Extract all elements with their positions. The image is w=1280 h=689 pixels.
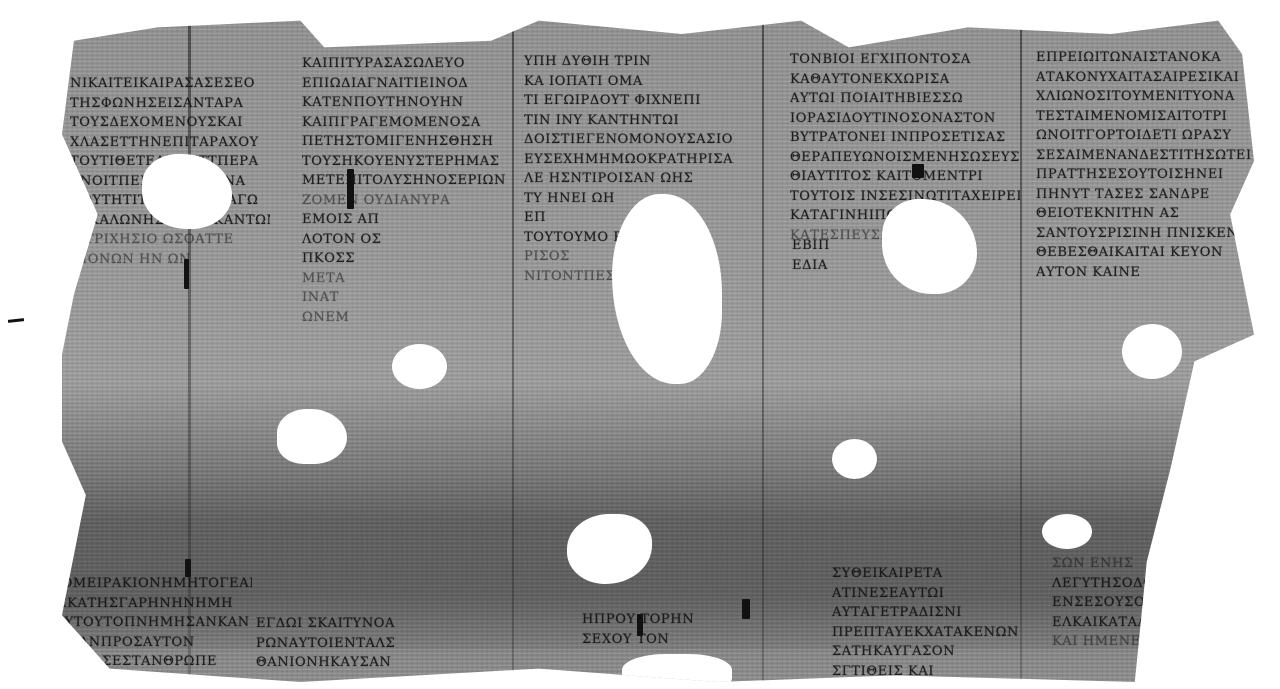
text-line: ΕΝΣΕΣΟΥΣΟΒΙΣΚΕΙΡΑ [1052, 593, 1242, 613]
text-line: ΛΟΤΟΝ ΟΣ [302, 230, 512, 250]
text-line: ΤΟΥΣΗΚΟΥΕΝΥΣΤΕΡΗΜΑΣ [302, 152, 512, 172]
text-line: ΗΠΡΟΥ ΤΟΡΗΝ [582, 610, 742, 630]
text-line: ΘΕΡΑΠΕΥΩΝΟΙΣΜΕΝΗΣΩΣΕΥΣΤΗ [790, 148, 1020, 168]
text-line: ΝΙΟΝΩΝ ΗΝ ΩΝ [70, 250, 270, 270]
text-column-5: ΕΠΡΕΙΩΙΤΩΝΑΙΣΤΑΝΟΚΑ ΑΤΑΚΟΝΥΧΑΙΤΑΣΑΙΡΕΣΙΚ… [1036, 48, 1256, 288]
text-line: ΜΕΤΕΠΙΤΟΛΥΣΗΝΟΣΕΡΙΩΝ [302, 171, 512, 191]
text-line: ΚΑΙΠΙΤΥΡΑΣΑΣΩΛΕΥΟ [302, 54, 512, 74]
vertical-crease [762, 14, 764, 682]
text-line: ΩΝΕΜ [302, 308, 512, 328]
text-line: ΑΝΤΑΙΣΑΝΠΡΟΣΑΥΤΟΝ [22, 633, 252, 653]
stray-fiber-mark [8, 318, 24, 323]
text-line: ΕΞΗΡΤΑΣΑΣΕΣΤΑΝΘΡΩΠΕ [22, 652, 252, 672]
text-line: ΑΤΑΚΟΝΥΧΑΙΤΑΣΑΙΡΕΣΙΚΑΙ [1036, 68, 1256, 88]
text-line: ΝΕΤΟΥΤΟΥΤΟΠΝΗΜΗΣΑΝΚΑΝ [22, 613, 252, 633]
text-column-1-lower: ΤΟΣΤΟΜΕΙΡΑΚΙΟΝΗΜΗΤΟΓΕΑΝ ΜΗΤΕΚΑΤΗΣΓΑΡΗΝΗΝ… [22, 574, 252, 684]
text-line: ΤΕΣΤΑΙΜΕΝΟΜΙΣΑΙΤΟΤΡΙ [1036, 107, 1256, 127]
text-line: ΕΔΙΑ [792, 256, 852, 276]
text-line: ΑΥΤΑΓΕΤΡΑΔΙΣΝΙ [832, 603, 1032, 623]
text-column-2: ΚΑΙΠΙΤΥΡΑΣΑΣΩΛΕΥΟ ΕΠΙΩΔΙΑΓΝΑΙΤΙΕΙΝΟΔ ΚΑΤ… [302, 54, 512, 334]
text-line: ΕΓΔΩΙ ΣΚΑΙΤΥΝΟΑ [256, 614, 476, 634]
papyrus-hole [622, 654, 732, 689]
text-line: ΠΕΤΗΣΤΟΜΙΓΕΝΗΣΘΗΣΗ [302, 132, 512, 152]
text-line: ΤΟΝΒΙΟΙ ΕΓΧΙΠΟΝΤΟΣΑ [790, 50, 1020, 70]
text-line: ΠΚΟΣΣ [302, 249, 512, 269]
text-line: ΑΥΤΩΙ ΠΟΙΑΙΤΗΒΙΕΣΣΩ [790, 89, 1020, 109]
ink-blot [185, 559, 191, 577]
text-line: ΕΒΙΠ [792, 236, 852, 256]
text-line: ΤΙΤΡΙΧΗΣΙΟ ΩΣΟΑΤΤΕ [70, 230, 270, 250]
text-line: ΤΙ ΕΓΩΙΡΔΟΥΤ ΦΙΧΝΕΠΙ [524, 91, 734, 111]
text-line: ΖΟΜΕΝ ΟΥΔΙΑΝΥΡΑ [302, 191, 512, 211]
text-line: ΑΥΤΟΝ ΚΑΙΝΕ [1036, 263, 1256, 283]
text-line: ΚΑΘΑΥΤΟΝΕΚΧΩΡΙΣΑ [790, 70, 1020, 90]
text-line: ΒΥΤΡΑΤΟΝΕΙ ΙΝΠΡΟΣΕΤΙΣΑΣ [790, 128, 1020, 148]
text-line: ΔΟΙΣΤΙΕΓΕΝΟΜΟΝΟΥΣΑΣΙΟΣ [524, 130, 734, 150]
text-line: ΤΟΣΤΟΜΕΙΡΑΚΙΟΝΗΜΗΤΟΓΕΑΝ [22, 574, 252, 594]
text-line: ΣΓΤΙΘΕΙΣ ΚΑΙ [832, 662, 1032, 682]
text-line: ΛΕ ΗΣΝΤΙΡΟΙΣΑΝ ΩΗΣ [524, 169, 734, 189]
text-line: ΠΡΑΤΤΗΣΕΣΟΥΤΟΙΣΗΝΕΙ [1036, 165, 1256, 185]
text-column-2-lower: ΕΓΔΩΙ ΣΚΑΙΤΥΝΟΑ ΡΩΝΑΥΤΟΙΕΝΤΑΛΣ ΘΑΝΙΟΝΗΚΑ… [256, 614, 476, 684]
text-line: ΜΗΤΕΚΑΤΗΣΓΑΡΗΝΗΝΗΜΗ [22, 594, 252, 614]
ink-blot [912, 164, 924, 178]
text-line: ΤΥ ΗΝΕΙ ΩΗ [524, 189, 734, 209]
text-line: ΧΛΑΣΕΤΤΗΝΕΠΙΤΑΡΑΧΟΥ [70, 133, 270, 153]
papyrus-hole [1042, 514, 1092, 549]
text-line: ΤΟΥΣΔΕΧΟΜΕΝΟΥΣΚΑΙ [70, 113, 270, 133]
text-line: ΤΗΣΦΩΝΗΣΕΙΣΑΝΤΑΡΑ [70, 94, 270, 114]
papyrus-hole [1222, 484, 1262, 684]
text-line: ΝΙΚΑΙΤΕΙΚΑΙΡΑΣΑΣΕΣΕΟ [70, 74, 270, 94]
text-line: ΕΥΣΕΧΗΜΗΜΩΟΚΡΑΤΗΡΙΣΑΝ [524, 150, 734, 170]
text-line: ΚΑ ΙΟΠΑΤΙ ΟΜΑ [524, 72, 734, 92]
text-line: ΘΕΒΕΣΘΑΙΚΑΙΤΑΙ ΚΕΥΟΝ [1036, 243, 1256, 263]
text-line: ΣΕΧΟΥ ΤΟΝ [582, 630, 742, 650]
text-line: ΣΑΤΗΚΑΥΓΑΣΟΝ [832, 642, 1032, 662]
text-line: ΥΠΗ ΔΥΘΙΗ ΤΡΙΝ [524, 52, 734, 72]
text-line: ΘΕΙΟΤΕΚΝΙΤΗΝ ΑΣ [1036, 204, 1256, 224]
text-line: ΧΛΙΩΝΟΣΙΤΟΥΜΕΝΙΤΥΟΝΑ [1036, 87, 1256, 107]
ink-blot [637, 614, 643, 636]
text-line: ΣΩΝ ΕΝΗΣ [1052, 554, 1242, 574]
text-line: ΡΩΝΑΥΤΟΙΕΝΤΑΛΣ [256, 634, 476, 654]
text-line: ΣΕΣΑΙΜΕΝΑΝΔΕΣΤΙΤΗΣΩΤΕΙ [1036, 146, 1256, 166]
papyrus-hole [392, 344, 447, 389]
text-line: ΔΗΣΚΑΙΤΟΙΣΟΕΑ [22, 672, 252, 685]
text-line: ΙΟΡΑΣΙΔΟΥΤΙΝΟΣΟΝΑΣΤΟΝ [790, 109, 1020, 129]
text-line: ΕΜΟΙΣ ΑΠ [302, 210, 512, 230]
ink-blot [742, 599, 750, 619]
text-line: ΘΑΝΙΟΝΗΚΑΥΣΑΝ [256, 653, 476, 673]
papyrus-hole [1122, 324, 1182, 379]
text-column-5-lower: ΣΩΝ ΕΝΗΣ ΛΕΓΥΤΗΣΟΔΟΣ ΕΝΣΕΣΟΥΣΟΒΙΣΚΕΙΡΑ Ε… [1052, 554, 1242, 674]
ink-blot [347, 169, 354, 209]
papyrus-hole [277, 409, 347, 464]
text-line: ΣΥΘΕΙΚΑΙΡΕΤΑ [832, 564, 1032, 584]
text-line: ΩΝΟΙΤΓΟΡΤΟΙΔΕΤΙ ΩΡΑΣΥ [1036, 126, 1256, 146]
text-line: ΑΤΙΝΕΣΕΑΥΤΩΙ [832, 584, 1032, 604]
papyrus-hole [832, 439, 877, 479]
text-column-4-lower: ΣΥΘΕΙΚΑΙΡΕΤΑ ΑΤΙΝΕΣΕΑΥΤΩΙ ΑΥΤΑΓΕΤΡΑΔΙΣΝΙ… [832, 564, 1032, 684]
text-line: ΙΝΑΤ [302, 288, 512, 308]
text-line: ΣΑΝΤΟΥΣΡΙΣΙΝΗ ΠΝΙΣΚΕΝ [1036, 224, 1256, 244]
text-line: ΠΡΕΠΤΑΥΕΚΧΑΤΑΚΕΝΩΝ [832, 623, 1032, 643]
text-line: ΤΙΝ ΙΝΥ ΚΑΝΤΗΝΤΩΙ [524, 111, 734, 131]
text-line: ΜΕΤΑ [302, 269, 512, 289]
text-line: ΕΠΡΕΙΩΙΤΩΝΑΙΣΤΑΝΟΚΑ [1036, 48, 1256, 68]
papyrus-image: ΝΙΚΑΙΤΕΙΚΑΙΡΑΣΑΣΕΣΕΟ ΤΗΣΦΩΝΗΣΕΙΣΑΝΤΑΡΑ Τ… [0, 0, 1280, 689]
text-line: ΚΑΙ ΗΜΕΝΕΓΑ ΗΛΣΟΝ [1052, 632, 1242, 652]
text-column-3-lower: ΗΠΡΟΥ ΤΟΡΗΝ ΣΕΧΟΥ ΤΟΝ [582, 610, 742, 660]
text-column-4-fragment: ΕΒΙΠ ΕΔΙΑ [792, 236, 852, 296]
text-line: ΕΛΚΑΙΚΑΤΑΛΟΜΑΣ [1052, 613, 1242, 633]
text-line: ΕΠΙΩΔΙΑΓΝΑΙΤΙΕΙΝΟΔ [302, 74, 512, 94]
text-line: ΠΗΝΥΤ ΤΑΣΕΣ ΣΑΝΔΡΕ [1036, 185, 1256, 205]
text-line: ΚΑΙΠΓΡΑΓΕΜΟΜΕΝΟΣΑ [302, 113, 512, 133]
text-line: ΘΙΑΥΤΙΤΟΣ ΚΑΙΤΟΜΕΝΤΡΙ [790, 167, 1020, 187]
text-line: ΛΕΓΥΤΗΣΟΔΟΣ [1052, 574, 1242, 594]
ink-blot [184, 259, 189, 289]
text-line: ΚΑΤΕΝΠΟΥΤΗΝΟΥΗΝ [302, 93, 512, 113]
vertical-crease [512, 14, 514, 682]
papyrus-sheet: ΝΙΚΑΙΤΕΙΚΑΙΡΑΣΑΣΕΣΕΟ ΤΗΣΦΩΝΗΣΕΙΣΑΝΤΑΡΑ Τ… [62, 14, 1254, 682]
